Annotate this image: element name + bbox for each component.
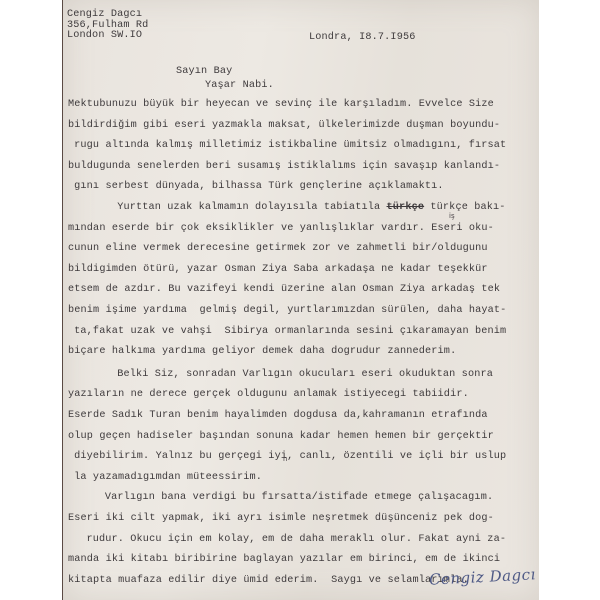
- handwritten-insertion: iş: [449, 212, 455, 220]
- letter-line: Yurttan uzak kalmamın dolayısıla tabiatı…: [117, 202, 505, 213]
- letter-line: biçare halkıma yardıma geliyor demek dah…: [68, 346, 456, 357]
- sender-address-line1: 356,Fulham Rd: [67, 20, 148, 31]
- letter-line: buldugunda senelerden beri susamış istik…: [68, 161, 500, 172]
- letter-line: mından eserde bir çok eksiklikler ve yan…: [68, 223, 494, 234]
- letter-line: olup geçen hadiseler başından sonuna kad…: [68, 431, 494, 442]
- letter-line: manda iki kitabı biribirine baglayan yaz…: [68, 554, 500, 565]
- letter-line: rugu altında kalmış milletimiz istikbali…: [74, 140, 506, 151]
- sender-address-line2: London SW.IO: [67, 30, 142, 41]
- letter-line: Eseri iki cilt yapmak, iki ayrı isimle n…: [68, 513, 494, 524]
- letter-line: yazıların ne derece gerçek oldugunu anla…: [68, 389, 469, 400]
- sender-block: Cengiz Dagcı 356,Fulham Rd London SW.IO: [67, 10, 148, 42]
- letter-line: bildirdiğim gibi eseri yazmakla maksat, …: [68, 120, 500, 131]
- letter-line: benim işime yardıma gelmiş degil, yurtla…: [68, 305, 506, 316]
- letter-line: diyebilirim. Yalnız bu gerçegi iyi, canl…: [74, 451, 506, 462]
- letter-line: Mektubunuzu büyük bir heyecan ve sevinç …: [68, 99, 494, 110]
- letter-line: Belki Siz, sonradan Varlıgın okucuları e…: [117, 369, 493, 380]
- handwritten-insertion: n: [283, 455, 287, 463]
- salutation-recipient: Yaşar Nabi.: [205, 80, 274, 91]
- salutation-line1: Sayın Bay: [176, 66, 232, 77]
- letter-page: Cengiz Dagcı 356,Fulham Rd London SW.IO …: [62, 0, 539, 600]
- place-date: Londra, I8.7.I956: [309, 32, 415, 43]
- letter-line: kitapta muafaza edilir diye ümid ederim.…: [68, 575, 469, 586]
- letter-line: gını serbest dünyada, bilhassa Türk genç…: [74, 181, 444, 192]
- sender-name: Cengiz Dagcı: [67, 9, 142, 20]
- letter-line: cunun eline vermek derecesine getirmek z…: [68, 243, 488, 254]
- letter-line: bildigimden ötürü, yazar Osman Ziya Saba…: [68, 264, 488, 275]
- handwritten-signature: Cengiz Dagcı: [429, 565, 537, 589]
- letter-line: ta,fakat uzak ve vahşi Sibirya ormanları…: [74, 326, 506, 337]
- letter-line: rudur. Okucu için em kolay, em de daha m…: [86, 534, 506, 545]
- letter-line: Eserde Sadık Turan benim hayalimden dogd…: [68, 410, 488, 421]
- letter-line: etsem de azdır. Bu vazifeyi kendi üzerin…: [68, 284, 500, 295]
- letter-line: Varlıgın bana verdigi bu fırsatta/istifa…: [105, 492, 493, 503]
- struck-word: türkçe: [387, 202, 425, 213]
- letter-line: la yazamadıgımdan müteessirim.: [74, 472, 262, 483]
